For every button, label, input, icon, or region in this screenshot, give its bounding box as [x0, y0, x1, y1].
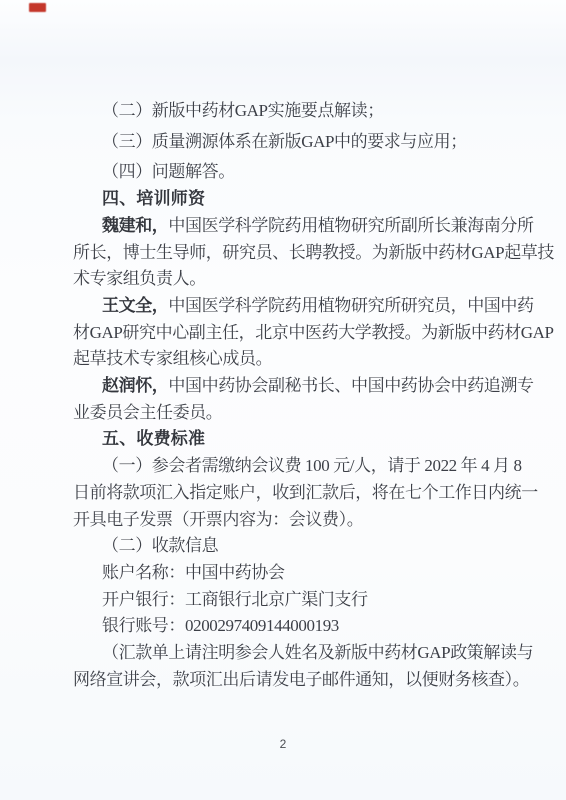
body-text: 术专家组负责人。	[73, 269, 206, 288]
body-text: 中国医学科学院药用植物研究所研究员，中国中药	[168, 296, 533, 315]
body-text: （四）问题解答。	[102, 162, 235, 181]
body-text: 日前将款项汇入指定账户，收到汇款后，将在七个工作日内统一	[73, 483, 538, 502]
body-text: （二）收款信息	[102, 536, 218, 555]
section-heading: 四、培训师资	[73, 186, 503, 213]
document-line: 赵润怀，中国中药协会副秘书长、中国中药协会中药追溯专	[73, 373, 503, 400]
body-text: 所长，博士生导师，研究员、长聘教授。为新版中药材GAP起草技	[73, 243, 554, 262]
body-text: （一）参会者需缴纳会议费 100 元/人，请于 2022 年 4 月 8	[102, 456, 522, 475]
body-text: 中国医学科学院药用植物研究所副所长兼海南分所	[168, 216, 533, 235]
document-line: 材GAP研究中心副主任，北京中医药大学教授。为新版中药材GAP	[73, 320, 503, 347]
red-scan-marker	[29, 3, 46, 12]
document-line: 王文全，中国医学科学院药用植物研究所研究员，中国中药	[73, 293, 503, 320]
document-line: 业委员会主任委员。	[73, 400, 503, 427]
document-line: （二）新版中药材GAP实施要点解读；	[73, 98, 503, 125]
body-text: 网络宣讲会，款项汇出后请发电子邮件通知，以便财务核查）。	[73, 670, 529, 689]
bold-text: 五、收费标准	[102, 429, 205, 448]
document-line: （一）参会者需缴纳会议费 100 元/人，请于 2022 年 4 月 8	[73, 453, 503, 480]
document-line: 术专家组负责人。	[73, 266, 503, 293]
document-line: 日前将款项汇入指定账户，收到汇款后，将在七个工作日内统一	[73, 480, 503, 507]
document-line: 所长，博士生导师，研究员、长聘教授。为新版中药材GAP起草技	[73, 240, 503, 267]
page-number: 2	[0, 737, 566, 751]
body-text: 开具电子发票（开票内容为：会议费）。	[73, 510, 363, 529]
body-text: 开户银行：工商银行北京广渠门支行	[102, 590, 368, 609]
bold-text: 四、培训师资	[102, 189, 205, 208]
document-line: （汇款单上请注明参会人姓名及新版中药材GAP政策解读与	[73, 640, 503, 667]
document-line: 开具电子发票（开票内容为：会议费）。	[73, 507, 503, 534]
body-text: 材GAP研究中心副主任，北京中医药大学教授。为新版中药材GAP	[73, 323, 554, 342]
body-text: 业委员会主任委员。	[73, 403, 222, 422]
document-line: 起草技术专家组核心成员。	[73, 346, 503, 373]
bold-text: 赵润怀，	[102, 376, 168, 395]
document-body: （二）新版中药材GAP实施要点解读；（三）质量溯源体系在新版GAP中的要求与应用…	[73, 98, 503, 693]
document-line: 网络宣讲会，款项汇出后请发电子邮件通知，以便财务核查）。	[73, 667, 503, 694]
document-page: （二）新版中药材GAP实施要点解读；（三）质量溯源体系在新版GAP中的要求与应用…	[0, 0, 566, 800]
document-line: 账户名称：中国中药协会	[73, 560, 503, 587]
document-line: （四）问题解答。	[73, 159, 503, 186]
document-line: （二）收款信息	[73, 533, 503, 560]
document-line: （三）质量溯源体系在新版GAP中的要求与应用；	[73, 129, 503, 156]
body-text: （汇款单上请注明参会人姓名及新版中药材GAP政策解读与	[102, 643, 533, 662]
document-line: 银行账号：0200297409144000193	[73, 613, 503, 640]
body-text: （三）质量溯源体系在新版GAP中的要求与应用；	[102, 132, 467, 151]
document-line: 开户银行：工商银行北京广渠门支行	[73, 587, 503, 614]
bold-text: 王文全，	[102, 296, 168, 315]
body-text: （二）新版中药材GAP实施要点解读；	[102, 101, 384, 120]
bold-text: 魏建和，	[102, 216, 168, 235]
body-text: 银行账号：0200297409144000193	[102, 616, 339, 635]
body-text: 账户名称：中国中药协会	[102, 563, 285, 582]
body-text: 中国中药协会副秘书长、中国中药协会中药追溯专	[168, 376, 533, 395]
body-text: 起草技术专家组核心成员。	[73, 349, 272, 368]
document-line: 魏建和，中国医学科学院药用植物研究所副所长兼海南分所	[73, 213, 503, 240]
section-heading: 五、收费标准	[73, 426, 503, 453]
